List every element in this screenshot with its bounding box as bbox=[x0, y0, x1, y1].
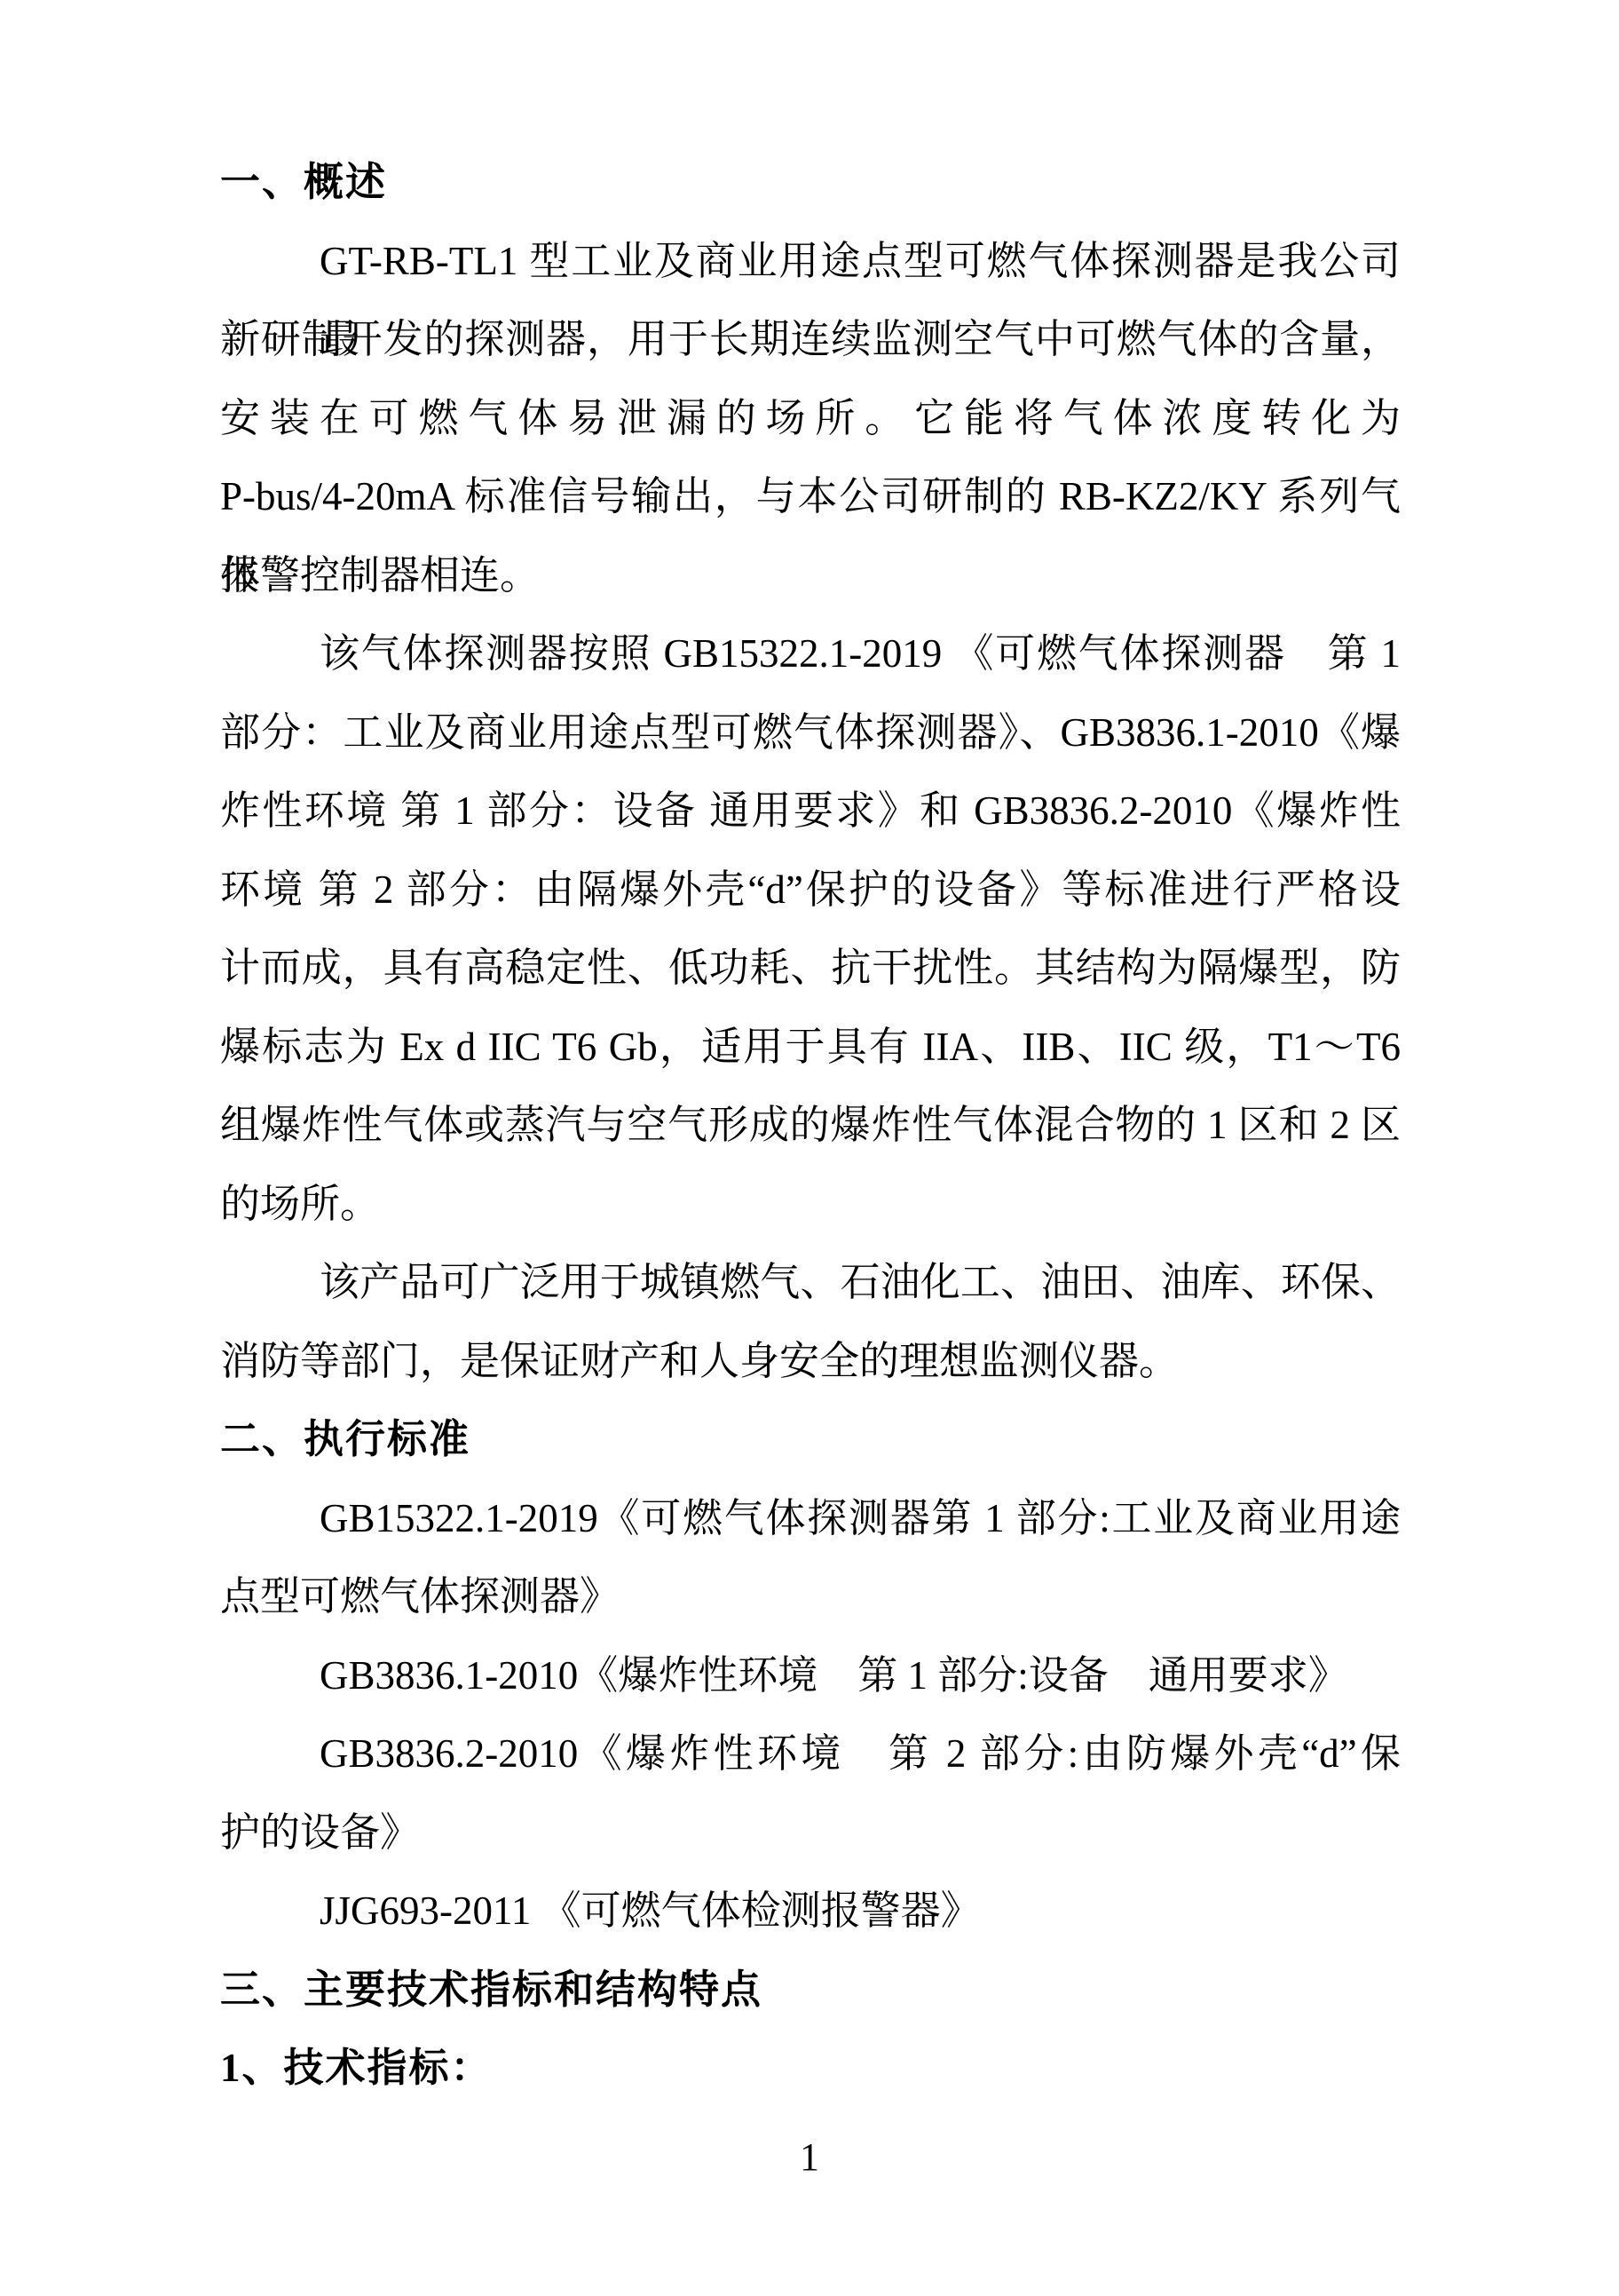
text-line: GB3836.2-2010《爆炸性环境 第 2 部分:由防爆外壳“d”保 bbox=[220, 1714, 1401, 1793]
section-heading: 一、概述 bbox=[220, 143, 1401, 222]
text-line: 该产品可广泛用于城镇燃气、石油化工、油田、油库、环保、 bbox=[220, 1243, 1401, 1322]
text-line: GB15322.1-2019《可燃气体探测器第 1 部分:工业及商业用途 bbox=[220, 1479, 1401, 1558]
text-line: GT-RB-TL1 型工业及商业用途点型可燃气体探测器是我公司最 bbox=[220, 222, 1401, 301]
document-page: 一、概述GT-RB-TL1 型工业及商业用途点型可燃气体探测器是我公司最新研制开… bbox=[0, 0, 1619, 2296]
text-line: 环境 第 2 部分：由隔爆外壳“d”保护的设备》等标准进行严格设 bbox=[220, 851, 1401, 930]
text-line: P-bus/4-20mA 标准信号输出，与本公司研制的 RB-KZ2/KY 系列… bbox=[220, 457, 1401, 536]
text-line: JJG693-2011 《可燃气体检测报警器》 bbox=[220, 1872, 1401, 1951]
page-number: 1 bbox=[0, 2131, 1619, 2184]
text-line: 的场所。 bbox=[220, 1165, 1401, 1244]
text-line: 消防等部门，是保证财产和人身安全的理想监测仪器。 bbox=[220, 1322, 1401, 1401]
section-heading: 二、执行标准 bbox=[220, 1400, 1401, 1479]
text-line: 部分：工业及商业用途点型可燃气体探测器》、GB3836.1-2010《爆 bbox=[220, 693, 1401, 772]
text-line: 安装在可燃气体易泄漏的场所。它能将气体浓度转化为 bbox=[220, 379, 1401, 458]
document-body: 一、概述GT-RB-TL1 型工业及商业用途点型可燃气体探测器是我公司最新研制开… bbox=[220, 143, 1401, 2108]
text-line: 炸性环境 第 1 部分：设备 通用要求》和 GB3836.2-2010《爆炸性 bbox=[220, 772, 1401, 851]
section-heading: 三、主要技术指标和结构特点 bbox=[220, 1951, 1401, 2030]
text-line: 护的设备》 bbox=[220, 1793, 1401, 1872]
text-line: 报警控制器相连。 bbox=[220, 536, 1401, 615]
section-heading: 1、技术指标： bbox=[220, 2029, 1401, 2108]
text-line: 新研制开发的探测器，用于长期连续监测空气中可燃气体的含量， bbox=[220, 300, 1401, 379]
text-line: 该气体探测器按照 GB15322.1-2019 《可燃气体探测器 第 1 bbox=[220, 614, 1401, 693]
text-line: 计而成，具有高稳定性、低功耗、抗干扰性。其结构为隔爆型，防 bbox=[220, 929, 1401, 1008]
text-line: 爆标志为 Ex d IIC T6 Gb，适用于具有 IIA、IIB、IIC 级，… bbox=[220, 1008, 1401, 1087]
text-line: 点型可燃气体探测器》 bbox=[220, 1557, 1401, 1636]
text-line: GB3836.1-2010《爆炸性环境 第 1 部分:设备 通用要求》 bbox=[220, 1636, 1401, 1715]
text-line: 组爆炸性气体或蒸汽与空气形成的爆炸性气体混合物的 1 区和 2 区 bbox=[220, 1086, 1401, 1165]
